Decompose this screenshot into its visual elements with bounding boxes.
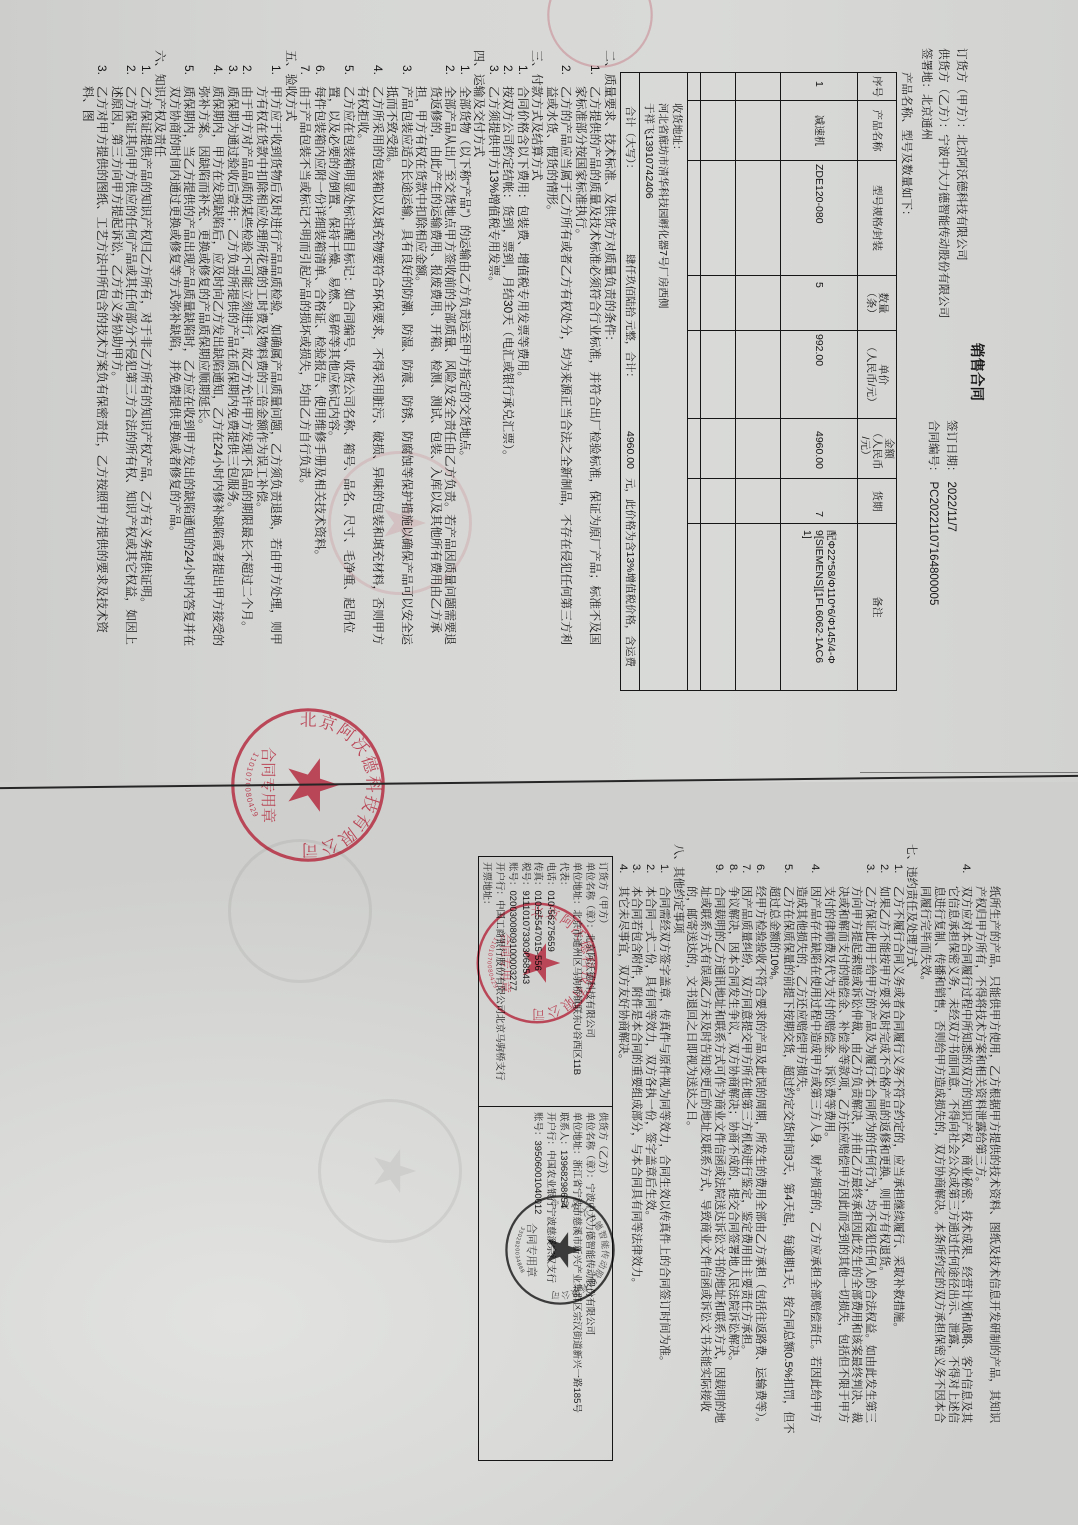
clause: 4.质保期内，甲方在发现缺陷后，应及时向乙方发出缺陷通知，乙方在24小时内修补缺… xyxy=(197,50,226,648)
buyer-name: 北京阿沃德科技有限公司 xyxy=(955,134,967,261)
clause: 2.乙方保证其向甲方供应的任何产品或其任何部分不侵犯第三方合法的所有权、知识产权… xyxy=(110,50,139,648)
supplier-seal-icon: 宁波中大力德智能传动股份有限公司 合同专用章 3302820034868 xyxy=(503,1193,617,1307)
clause: 3.乙方保证此用于给甲方的产品及为履行本合同所为的任何行为，均不侵犯任何人的合法… xyxy=(821,844,876,1434)
sign-date-label: 签订日期： xyxy=(945,420,957,478)
col-header-remark: 备注 xyxy=(858,524,897,691)
products-intro: 产品名称、型号及数量如下： xyxy=(899,72,915,222)
col-header-name: 产品名称 xyxy=(858,101,897,161)
empty-cell xyxy=(701,73,736,101)
clause-number: 3. xyxy=(863,864,877,873)
table-row-empty xyxy=(736,73,781,691)
clause-text: 本合同一式二份，具有同等效力，双方各执一份，签字盖章后生效。 xyxy=(643,886,657,1434)
cell-no: 1 xyxy=(781,73,858,101)
clause: 3.乙方对甲方提供的图纸、工艺方法中所包含的技术方案负有保密责任，乙方按照甲方提… xyxy=(81,50,110,648)
table-header-row: 序号 产品名称 型号规格/封装 数量 （条） 单价 （人民币/元） 金额 （人民… xyxy=(858,73,897,691)
empty-cell xyxy=(736,73,781,101)
clause-text: 本合同若包含附件，附件是本合同的重要组成部分，与本合同具有同等法律效力。 xyxy=(629,886,643,1434)
clause-number: 4. xyxy=(211,65,226,75)
buyer-line: 订货方（甲方）：北京阿沃德科技有限公司 xyxy=(952,48,970,318)
clause-number: 3. xyxy=(400,65,415,75)
clause-number: 7. xyxy=(298,65,313,75)
contract-no-line: 合同编号：PC20221107164800005 xyxy=(924,420,942,605)
clause-text: 甲方应于收到货物后及时进行产品品质检验，如确属产品质量问题，乙方须负责退换，若由… xyxy=(255,86,284,648)
contract-no-label: 合同编号： xyxy=(928,420,940,478)
cell-qty: 5 xyxy=(781,276,858,331)
product-table: 序号 产品名称 型号规格/封装 数量 （条） 单价 （人民币/元） 金额 （人民… xyxy=(620,72,897,691)
cell-name: 减速机 xyxy=(781,101,858,161)
clause-text: 合同价格含以下费用：包装费、增值税专用发票等费用。 xyxy=(516,86,531,648)
clause-number: 4. xyxy=(959,864,973,873)
delivery-address-cell: 收货地址： 河北省廊坊市清华科技园孵化器7号厂房西侧 于祥飞1391074240… xyxy=(640,73,688,691)
empty-cell xyxy=(701,479,736,524)
empty-cell xyxy=(736,161,781,276)
clause-text: 质保期内，甲方在发现缺陷后，应及时向乙方发出缺陷通知，乙方在24小时内修补缺陷或… xyxy=(197,86,226,648)
clause-text: 乙方在保质保量的前提下按期交货，超过约定交货时间3天，第4天起，每逾期1天，按合… xyxy=(766,886,794,1434)
clause: 8.争议解决，因本合同发生争议，双方协商解决；协商不成的，提交合同签署地人民法院… xyxy=(725,844,739,1434)
contract-meta: 签订日期：2022/11/7 合同编号：PC20221107164800005 xyxy=(924,420,959,605)
svg-text:3302820034868: 3302820034868 xyxy=(513,1225,525,1274)
sign-date: 2022/11/7 xyxy=(945,482,957,532)
contract-photo: 销售合同 订货方（甲方）：北京阿沃德科技有限公司 供货方（乙方）：宁波中大力德智… xyxy=(0,0,1078,1525)
empty-cell xyxy=(701,419,736,479)
clause-number: 2. xyxy=(124,65,139,75)
address-text: 河北省廊坊市清华科技园孵化器7号厂房西侧 xyxy=(657,103,671,690)
sign-place-line: 签署地：北京通州 xyxy=(917,48,935,318)
clause-number: 3. xyxy=(487,65,502,75)
clause-text: 经甲方检验验收不符合要求的产品及此误的周期，所发生的费用全部由乙方承担（包括往返… xyxy=(753,886,767,1434)
col-header-unit-price: 单价 （人民币/元） xyxy=(858,331,897,419)
clause: 7.因产品质量纠纷，双方同意提交甲方所在地第三方机构进行鉴定，鉴定费用由主要责任… xyxy=(739,844,753,1434)
clause: 5.质保期内，当乙方提供的产品出现产品质量缺陷时，乙方应在收到甲方发出的缺陷通知… xyxy=(168,50,197,648)
clause-text: 因产品存在缺陷在使用过程中造成甲方或第三方人身、财产损害的，乙方应承担全部赔偿责… xyxy=(794,886,822,1434)
address-contact: 于祥飞13910742406 xyxy=(643,103,657,690)
delivery-address-row: 收货地址： 河北省廊坊市清华科技园孵化器7号厂房西侧 于祥飞1391074240… xyxy=(640,73,688,691)
clause-number: 2. xyxy=(876,864,890,873)
empty-cell xyxy=(688,276,701,331)
clause-number: 2. xyxy=(643,864,657,873)
clause-text: 乙方保证提供产品的知识产权归乙方所有，对于非乙方所有的知识产权产品，乙方有义务提… xyxy=(139,86,154,648)
clause-number: 1. xyxy=(656,864,670,873)
clause-number: 3. xyxy=(226,65,241,75)
buyer-label: 订货方（甲方）： xyxy=(955,48,967,134)
empty-cell xyxy=(736,276,781,331)
clause: 1.乙方保证提供产品的知识产权归乙方所有，对于非乙方所有的知识产权产品，乙方有义… xyxy=(139,50,154,648)
empty-cell xyxy=(701,101,736,161)
table-row: 1 减速机 ZDE120-080 5 992.00 4960.00 7 配Φ22… xyxy=(781,73,858,691)
contract-no: PC20221107164800005 xyxy=(928,482,940,606)
clause-text: 如果乙方不能按甲方要求及时完成不合格产品的返修和更换，则甲方有权退货。 xyxy=(876,886,890,1434)
seal-serial: 3302820034868 xyxy=(513,1225,525,1274)
empty-cell xyxy=(736,524,781,691)
ghost-stamp-icon xyxy=(315,1096,465,1246)
clause-text: 乙方保证其向甲方供应的任何产品或其任何部分不侵犯第三方合法的所有权、知识产权或其… xyxy=(110,86,139,648)
clause-text: 质保期为通过验收后壹年；乙方负责所提供的产品在质保期内免费提供三包服务。 xyxy=(226,86,241,648)
clause: 2.乙方的产品应当属于乙方所有或者乙方有权处分，均为来源正当合法之全新制品，不存… xyxy=(545,50,574,648)
clause-text: 乙方的产品应当属于乙方所有或者乙方有权处分，均为来源正当合法之全新制品，不存在侵… xyxy=(545,86,574,648)
clause: 2.如果乙方不能按甲方要求及时完成不合格产品的返修和更换，则甲方有权退货。 xyxy=(876,844,890,1434)
seal-label: 合同专用章 xyxy=(499,933,514,993)
clause: 4.其它未尽事宜，双方友好协商解决。 xyxy=(615,844,629,1434)
section-heading: 六、知识产权及责任 xyxy=(153,50,168,648)
clause-number: 4. xyxy=(615,864,629,873)
supplier-label: 供货方（乙方）： xyxy=(938,48,950,134)
clause: 2.本合同一式二份，具有同等效力，双方各执一份，签字盖章后生效。 xyxy=(643,844,657,1434)
clause-text: 争议解决，因本合同发生争议，双方协商解决；协商不成的，提交合同签署地人民法院诉讼… xyxy=(725,886,739,1434)
sign-date-line: 签订日期：2022/11/7 xyxy=(942,420,960,605)
clause-number: 6. xyxy=(313,65,328,75)
clause-number: 1. xyxy=(516,65,531,75)
empty-cell xyxy=(736,479,781,524)
ghost-stamp-icon xyxy=(325,448,475,598)
clause-number: 1. xyxy=(139,65,154,75)
clause: 2.按双方公司约定结帐：货到，票到，月结30天（电汇或银行承兑汇票）。 xyxy=(501,50,516,648)
clause-number: 4. xyxy=(808,864,822,873)
clause: 1.乙方提供的产品的质量及技术标准必须符合行业标准，并符合出厂检验标准，保证为原… xyxy=(574,50,603,648)
clause-number: 2. xyxy=(501,65,516,75)
clause-number: 1. xyxy=(890,864,904,873)
cell-delivery: 7 xyxy=(781,479,858,524)
clause-number: 6. xyxy=(753,864,767,873)
sign-place: 北京通州 xyxy=(920,94,932,140)
cell-amount: 4960.00 xyxy=(781,419,858,479)
col-header-qty: 数量 （条） xyxy=(858,276,897,331)
clause: 3.乙方须提供甲方13%增值税专用发票。 xyxy=(487,50,502,648)
clause: 3.本合同若包含附件，附件是本合同的重要组成部分，与本合同具有同等法律效力。 xyxy=(629,844,643,1434)
clause: 1.合同价格含以下费用：包装费、增值税专用发票等费用。 xyxy=(516,50,531,648)
empty-cell xyxy=(688,73,701,101)
buyer-seal-icon: 北京阿沃德科技有限公司 合同专用章 1101070080429 xyxy=(474,900,600,1026)
empty-cell xyxy=(688,479,701,524)
clause-text: 合同载明的乙方通讯地址和联系方式可作为商业文件信函或法院送达诉讼文书的地址和联系… xyxy=(684,886,725,1434)
cell-unit-price: 992.00 xyxy=(781,331,858,419)
clause: 1.乙方不履行合同义务或者合同履行义务不符合约定的，应当承担继续履行、采取补救措… xyxy=(890,844,904,1434)
svg-text:1101070080429: 1101070080429 xyxy=(486,936,499,990)
empty-cell xyxy=(736,419,781,479)
clause: 6.经甲方检验验收不符合要求的产品及此误的周期，所发生的费用全部由乙方承担（包括… xyxy=(753,844,767,1434)
empty-cell xyxy=(736,331,781,419)
clause-text: 由于产品包装不当或标记不明而引起产品的损坏或损失，均由乙方自行负责。 xyxy=(298,86,313,648)
contract-page-1: 销售合同 订货方（甲方）：北京阿沃德科技有限公司 供货方（乙方）：宁波中大力德智… xyxy=(0,0,1078,782)
clause-number: 2. xyxy=(240,65,255,75)
clause-text: 合同需经双方签字盖章，传真件与原件视为同等效力，合同生效以传真件上的合同签订时间… xyxy=(656,886,670,1434)
sign-place-label: 签署地： xyxy=(920,48,932,94)
empty-cell xyxy=(688,419,701,479)
clause-number: 1. xyxy=(269,65,284,75)
col-header-model: 型号规格/封装 xyxy=(858,161,897,276)
total: 合计（大写）： 肆仟玖佰陆拾 元整，合计： 4960.00 元，此价格为含13%… xyxy=(621,73,639,690)
clause: 7.由于产品包装不当或标记不明而引起产品的损坏或损失，均由乙方自行负责。 xyxy=(298,50,313,648)
col-header-delivery: 货期 xyxy=(858,479,897,524)
section-heading: 二、质量要求、技术标准、及供货方对质量负责的条件： xyxy=(603,50,618,648)
clause: 9.合同载明的乙方通讯地址和联系方式可作为商业文件信函或法院送达诉讼文书的地址和… xyxy=(684,844,725,1434)
clauses-page-2: 纸所生产的产品，只能供甲方使用，乙方根据甲方提供的技术资料、图纸及技术信息开发研… xyxy=(615,844,1000,1434)
clause-number: 1. xyxy=(458,65,473,75)
total-note: 元，此价格为含13%增值税价格，含运费 xyxy=(624,478,636,667)
clause-number: 2. xyxy=(443,65,458,75)
supplier-name: 宁波中大力德智能传动股份有限公司 xyxy=(938,134,950,318)
clause-text: 双方应对本合同履行过程中所知悉的双方的知识产权、商业秘密、技术成果、经营计划和战… xyxy=(918,886,973,1434)
seal-serial: 1101070080429 xyxy=(486,936,499,990)
clause-text: 乙方不履行合同义务或者合同履行义务不符合约定的，应当承担继续履行、采取补救措施。 xyxy=(890,886,904,1434)
clause-text: 其它未尽事宜，双方友好协商解决。 xyxy=(615,886,629,1434)
empty-cell xyxy=(736,101,781,161)
clause-number: 5. xyxy=(780,864,794,873)
empty-cell xyxy=(701,524,736,691)
contract-title: 销售合同 xyxy=(967,343,988,401)
address-label: 收货地址： xyxy=(671,103,685,690)
ghost-stamp-icon xyxy=(545,0,655,70)
clause-text: 按双方公司约定结帐：货到，票到，月结30天（电汇或银行承兑汇票）。 xyxy=(501,86,516,648)
section-heading: 三、付款方式及结算方式 xyxy=(530,50,545,648)
clause: 纸所生产的产品，只能供甲方使用，乙方根据甲方提供的技术资料、图纸及技术信息开发研… xyxy=(973,844,1001,1434)
col-header-no: 序号 xyxy=(858,73,897,101)
clause-text: 乙方对甲方提供的图纸、工艺方法中所包含的技术方案负有保密责任，乙方按照甲方提供的… xyxy=(81,86,110,648)
clause: 4.双方应对本合同履行过程中所知悉的双方的知识产权、商业秘密、技术成果、经营计划… xyxy=(918,844,973,1434)
clause-number: 9. xyxy=(711,864,725,873)
clause: 3.质保期为通过验收后壹年；乙方负责所提供的产品在质保期内免费提供三包服务。 xyxy=(226,50,241,648)
clause-text: 乙方提供的产品的质量及技术标准必须符合行业标准，并符合出厂检验标准，保证为原厂产… xyxy=(574,86,603,648)
empty-cell xyxy=(701,161,736,276)
clause-text: 乙方保证此用于给甲方的产品及为履行本合同所为的任何行为，均不侵犯任何人的合法权益… xyxy=(821,886,876,1434)
clause-text: 纸所生产的产品，只能供甲方使用，乙方根据甲方提供的技术资料、图纸及技术信息开发研… xyxy=(973,886,1001,1434)
section-heading: 五、验收方式 xyxy=(284,50,299,648)
clause: 4.因产品存在缺陷在使用过程中造成甲方或第三方人身、财产损害的，乙方应承担全部赔… xyxy=(794,844,822,1434)
clause: 2.由于甲方对产品品质的某些检验不可能立刻进行，故乙方允许甲方发现不良品的期限最… xyxy=(240,50,255,648)
clause-number: 3. xyxy=(95,65,110,75)
delivery-address: 收货地址： 河北省廊坊市清华科技园孵化器7号厂房西侧 于祥飞1391074240… xyxy=(643,73,685,690)
total-in-words: 肆仟玖佰陆拾 元整，合计： xyxy=(624,254,636,383)
total-row: 合计（大写）： 肆仟玖佰陆拾 元整，合计： 4960.00 元，此价格为含13%… xyxy=(621,73,640,691)
clause-number: 3. xyxy=(629,864,643,873)
cell-model: ZDE120-080 xyxy=(781,161,858,276)
empty-cell xyxy=(701,276,736,331)
clause-text: 由于甲方对产品品质的某些检验不可能立刻进行，故乙方允许甲方发现不良品的期限最长不… xyxy=(240,86,255,648)
table-row-empty xyxy=(688,73,701,691)
clause: 1.合同需经双方签字盖章，传真件与原件视为同等效力，合同生效以传真件上的合同签订… xyxy=(656,844,670,1434)
clause-text: 质保期内，当乙方提供的产品出现产品质量缺陷时，乙方应在收到甲方发出的缺陷通知的2… xyxy=(168,86,197,648)
clause: 1.甲方应于收到货物后及时进行产品品质检验，如确属产品质量问题，乙方须负责退换，… xyxy=(255,50,284,648)
total-cell: 合计（大写）： 肆仟玖佰陆拾 元整，合计： 4960.00 元，此价格为含13%… xyxy=(621,73,640,691)
col-header-amount: 金额 （人民币 /元） xyxy=(858,419,897,479)
page-1-edge xyxy=(860,772,1078,773)
clause-text: 乙方须提供甲方13%增值税专用发票。 xyxy=(487,86,502,648)
seal-label: 合同专用章 xyxy=(525,1223,539,1277)
table-row-empty xyxy=(701,73,736,691)
empty-cell xyxy=(688,331,701,419)
contract-page-2: 纸所生产的产品，只能供甲方使用，乙方根据甲方提供的技术资料、图纸及技术信息开发研… xyxy=(0,784,1078,1525)
section-heading: 七、违约责任及处理方式 xyxy=(904,844,918,1434)
clause: 5.乙方在保质保量的前提下按期交货，超过约定交货时间3天，第4天起，每逾期1天，… xyxy=(766,844,794,1434)
empty-cell xyxy=(688,524,701,691)
clause-number: 5. xyxy=(182,65,197,75)
clause-number: 5. xyxy=(342,65,357,75)
clause-text: 因产品质量纠纷，双方同意提交甲方所在地第三方机构进行鉴定，鉴定费用由主要责任方承… xyxy=(739,886,753,1434)
clause-number: 4. xyxy=(371,65,386,75)
section-heading: 八、其他约定事项 xyxy=(670,844,684,1434)
empty-cell xyxy=(701,331,736,419)
clause-number: 8. xyxy=(725,864,739,873)
clause-number: 7. xyxy=(739,864,753,873)
total-amount: 4960.00 xyxy=(624,431,636,469)
cell-remark: 配Φ22*58/Φ110*6/Φ145/4-Φ9[SIEMENS][1FL606… xyxy=(781,524,858,691)
empty-cell xyxy=(688,161,701,276)
parties-block: 订货方（甲方）：北京阿沃德科技有限公司 供货方（乙方）：宁波中大力德智能传动股份… xyxy=(917,48,970,318)
supplier-line: 供货方（乙方）：宁波中大力德智能传动股份有限公司 xyxy=(934,48,952,318)
total-label: 合计（大写）： xyxy=(624,106,636,174)
empty-cell xyxy=(688,101,701,161)
